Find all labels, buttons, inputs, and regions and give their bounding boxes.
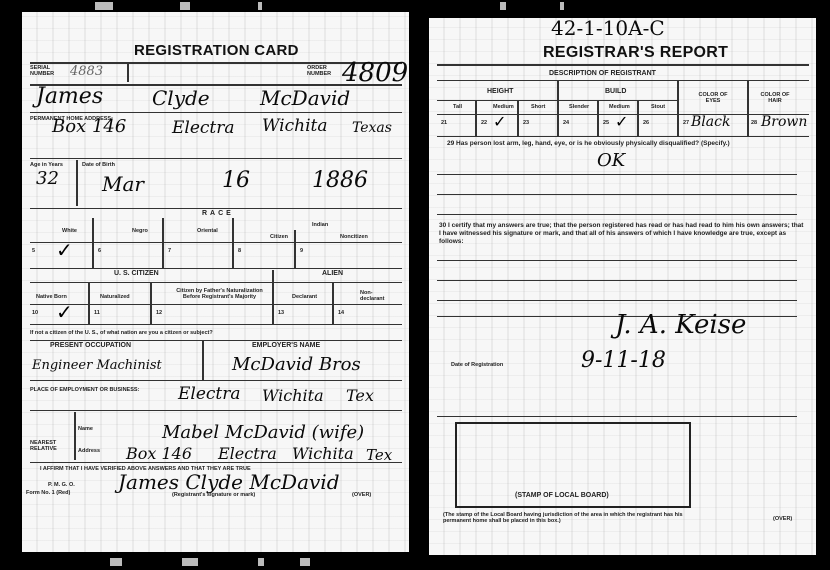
citizen-number-11: 11 <box>94 310 100 316</box>
height-medium-label: Medium <box>493 104 514 110</box>
build-medium-label: Medium <box>609 104 630 110</box>
date-of-registration-label: Date of Registration <box>451 362 503 368</box>
citizen-number-13: 13 <box>278 310 284 316</box>
build-slender-label: Slender <box>569 104 589 110</box>
height-header: HEIGHT <box>487 88 513 95</box>
order-number-label: ORDER NUMBER <box>307 65 335 77</box>
q30-label: 30 I certify that my answers are true; t… <box>439 222 807 246</box>
home-state-value: Texas <box>352 120 392 136</box>
registration-card: REGISTRATION CARD SERIAL NUMBER 4883 ORD… <box>22 12 409 460</box>
race-white-check: ✓ <box>56 238 73 262</box>
occupation-label: PRESENT OCCUPATION <box>50 342 131 349</box>
employment-city-value: Electra <box>178 384 241 404</box>
relative-address-street: Box 146 <box>126 444 192 460</box>
registrars-report: 42-1-10A-C REGISTRAR'S REPORT DESCRIPTIO… <box>429 18 816 555</box>
hair-color-value: Brown <box>761 114 807 130</box>
eye-color-value: Black <box>691 114 730 130</box>
naturalized-label: Naturalized <box>100 294 130 300</box>
registration-card-footer: I AFFIRM THAT I HAVE VERIFIED ABOVE ANSW… <box>22 460 409 552</box>
first-name-value: James <box>36 84 103 109</box>
us-citizen-header: U. S. CITIZEN <box>114 270 159 277</box>
registrar-signature: J. A. Keise <box>615 310 746 340</box>
occupation-value: Engineer Machinist <box>32 358 162 373</box>
stamp-note: (The stamp of the Local Board having jur… <box>443 512 701 524</box>
hair-number: 28 <box>751 120 757 126</box>
height-number-23: 23 <box>523 120 529 126</box>
middle-name-value: Clyde <box>152 86 210 110</box>
dob-label: Date of Birth <box>82 162 115 168</box>
build-stout-label: Stout <box>651 104 665 110</box>
report-title: REGISTRAR'S REPORT <box>543 44 728 62</box>
employment-state-value: Tex <box>346 386 374 405</box>
film-edge-mark <box>182 558 198 566</box>
serial-number-label: SERIAL NUMBER <box>30 65 64 77</box>
dob-month-value: Mar <box>102 172 144 196</box>
race-indian-noncitizen-label: Noncitizen <box>340 234 368 240</box>
film-edge-mark <box>560 2 564 10</box>
build-header: BUILD <box>605 88 626 95</box>
citizen-number-10: 10 <box>32 310 38 316</box>
last-name-value: McDavid <box>260 86 350 110</box>
non-declarant-label: Non-declarant <box>360 290 390 302</box>
registrant-signature: James Clyde McDavid <box>118 470 340 494</box>
race-number-6: 6 <box>98 248 101 254</box>
hair-header: COLOR OF HAIR <box>755 92 795 104</box>
citizen-number-14: 14 <box>338 310 344 316</box>
height-number-21: 21 <box>441 120 447 126</box>
relative-name-value: Mabel McDavid (wife) <box>162 422 364 443</box>
film-edge-mark <box>110 558 122 566</box>
race-indian-label: Indian <box>312 222 328 228</box>
home-city-value: Electra <box>172 118 235 138</box>
race-negro-label: Negro <box>132 228 148 234</box>
registrant-signature-label: (Registrant's signature or mark) <box>172 492 255 498</box>
race-oriental-label: Oriental <box>197 228 218 234</box>
form-number: Form No. 1 (Red) <box>26 490 70 496</box>
height-tall-label: Tall <box>453 104 462 110</box>
race-white-label: White <box>62 228 77 234</box>
citizen-by-father-label: Citizen by Father's Naturalization Befor… <box>172 288 267 300</box>
over-label: (OVER) <box>352 492 371 498</box>
employer-label: EMPLOYER'S NAME <box>252 342 320 349</box>
dob-year-value: 1886 <box>312 168 368 193</box>
stamp-label: (STAMP OF LOCAL BOARD) <box>515 492 609 499</box>
home-county-value: Wichita <box>262 116 328 136</box>
race-header: RACE <box>202 210 234 217</box>
declarant-label: Declarant <box>292 294 317 300</box>
relative-name-label: Name <box>78 426 93 432</box>
film-edge-mark <box>180 2 190 10</box>
build-number-24: 24 <box>563 120 569 126</box>
build-medium-check: ✓ <box>615 112 628 131</box>
report-over-label: (OVER) <box>773 516 792 522</box>
form-id: P. M. G. O. <box>48 482 75 488</box>
height-medium-check: ✓ <box>493 112 506 131</box>
race-number-9: 9 <box>300 248 303 254</box>
race-number-5: 5 <box>32 248 35 254</box>
q29-value: OK <box>597 150 625 171</box>
q15-label: If not a citizen of the U. S., of what n… <box>30 330 213 336</box>
eyes-header: COLOR OF EYES <box>693 92 733 104</box>
nearest-relative-label: NEAREST RELATIVE <box>30 440 72 452</box>
race-number-7: 7 <box>168 248 171 254</box>
relative-address-county: Wichita <box>292 444 354 460</box>
alien-header: ALIEN <box>322 270 343 277</box>
build-number-25: 25 <box>603 120 609 126</box>
serial-number-value: 4883 <box>70 64 103 79</box>
stamp-number: 42-1-10A-C <box>551 18 665 40</box>
relative-address-city: Electra <box>218 444 277 460</box>
height-short-label: Short <box>531 104 545 110</box>
q29-label: 29 Has person lost arm, leg, hand, eye, … <box>447 140 807 148</box>
home-street-value: Box 146 <box>52 116 126 137</box>
film-edge-mark <box>500 2 506 10</box>
film-edge-mark <box>258 558 264 566</box>
relative-address-state: Tex <box>366 446 392 460</box>
dob-day-value: 16 <box>222 168 250 193</box>
employment-county-value: Wichita <box>262 386 324 405</box>
race-number-8: 8 <box>238 248 241 254</box>
citizen-number-12: 12 <box>156 310 162 316</box>
build-number-26: 26 <box>643 120 649 126</box>
relative-address-label: Address <box>78 448 100 454</box>
film-edge-mark <box>258 2 262 10</box>
native-born-check: ✓ <box>56 300 73 324</box>
description-header: DESCRIPTION OF REGISTRANT <box>549 70 656 77</box>
date-of-registration-value: 9-11-18 <box>581 348 666 373</box>
film-edge-mark <box>95 2 113 10</box>
age-value: 32 <box>36 168 59 189</box>
eyes-number: 27 <box>683 120 689 126</box>
film-edge-mark <box>300 558 310 566</box>
card-title: REGISTRATION CARD <box>134 42 299 59</box>
height-number-22: 22 <box>481 120 487 126</box>
place-of-employment-label: PLACE OF EMPLOYMENT OR BUSINESS: <box>30 387 139 393</box>
employer-value: McDavid Bros <box>232 354 361 375</box>
race-indian-citizen-label: Citizen <box>270 234 288 240</box>
